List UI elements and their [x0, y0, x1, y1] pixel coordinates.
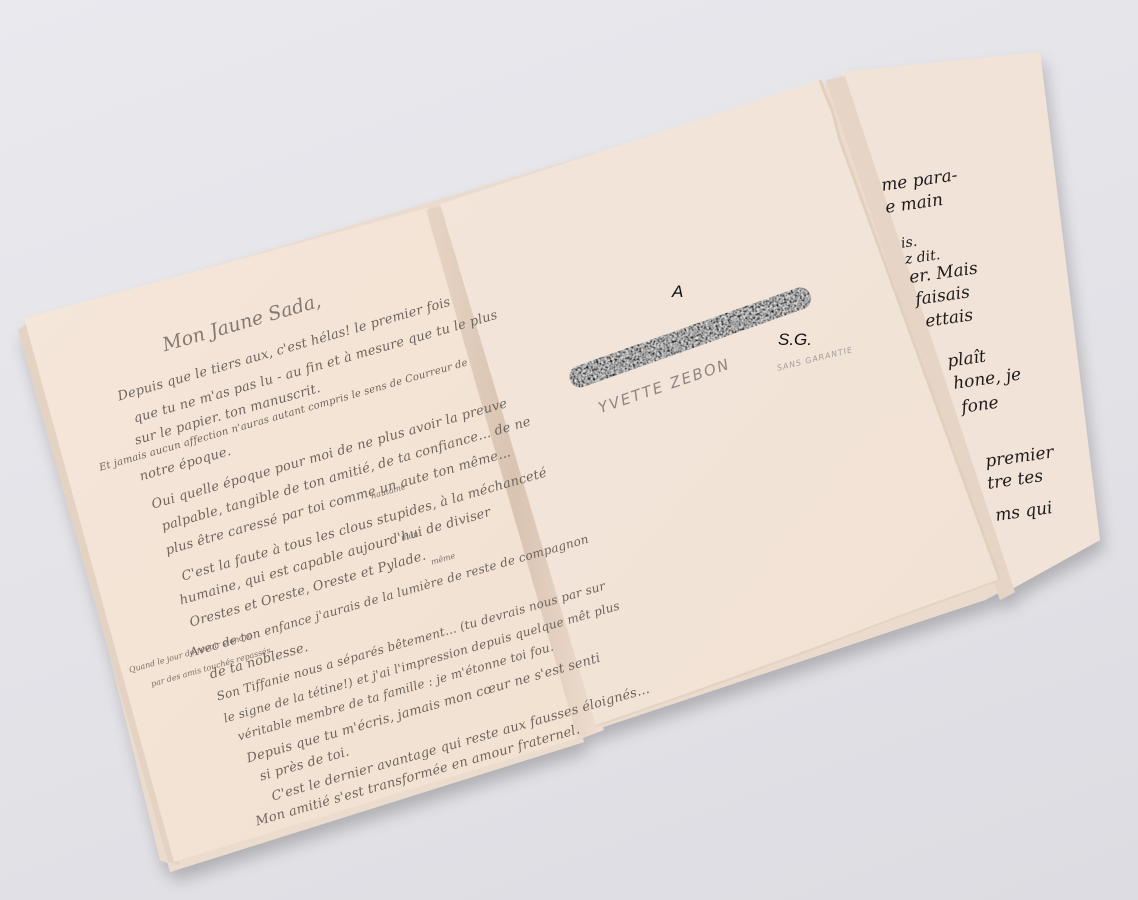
- ink-fragment: is.: [900, 234, 918, 252]
- photo-scene: Mon Jaune Sada, Depuis que le tiers aux,…: [0, 0, 1138, 900]
- dedication-letter: A: [672, 282, 683, 302]
- dedication-initials: S.G.: [778, 330, 812, 350]
